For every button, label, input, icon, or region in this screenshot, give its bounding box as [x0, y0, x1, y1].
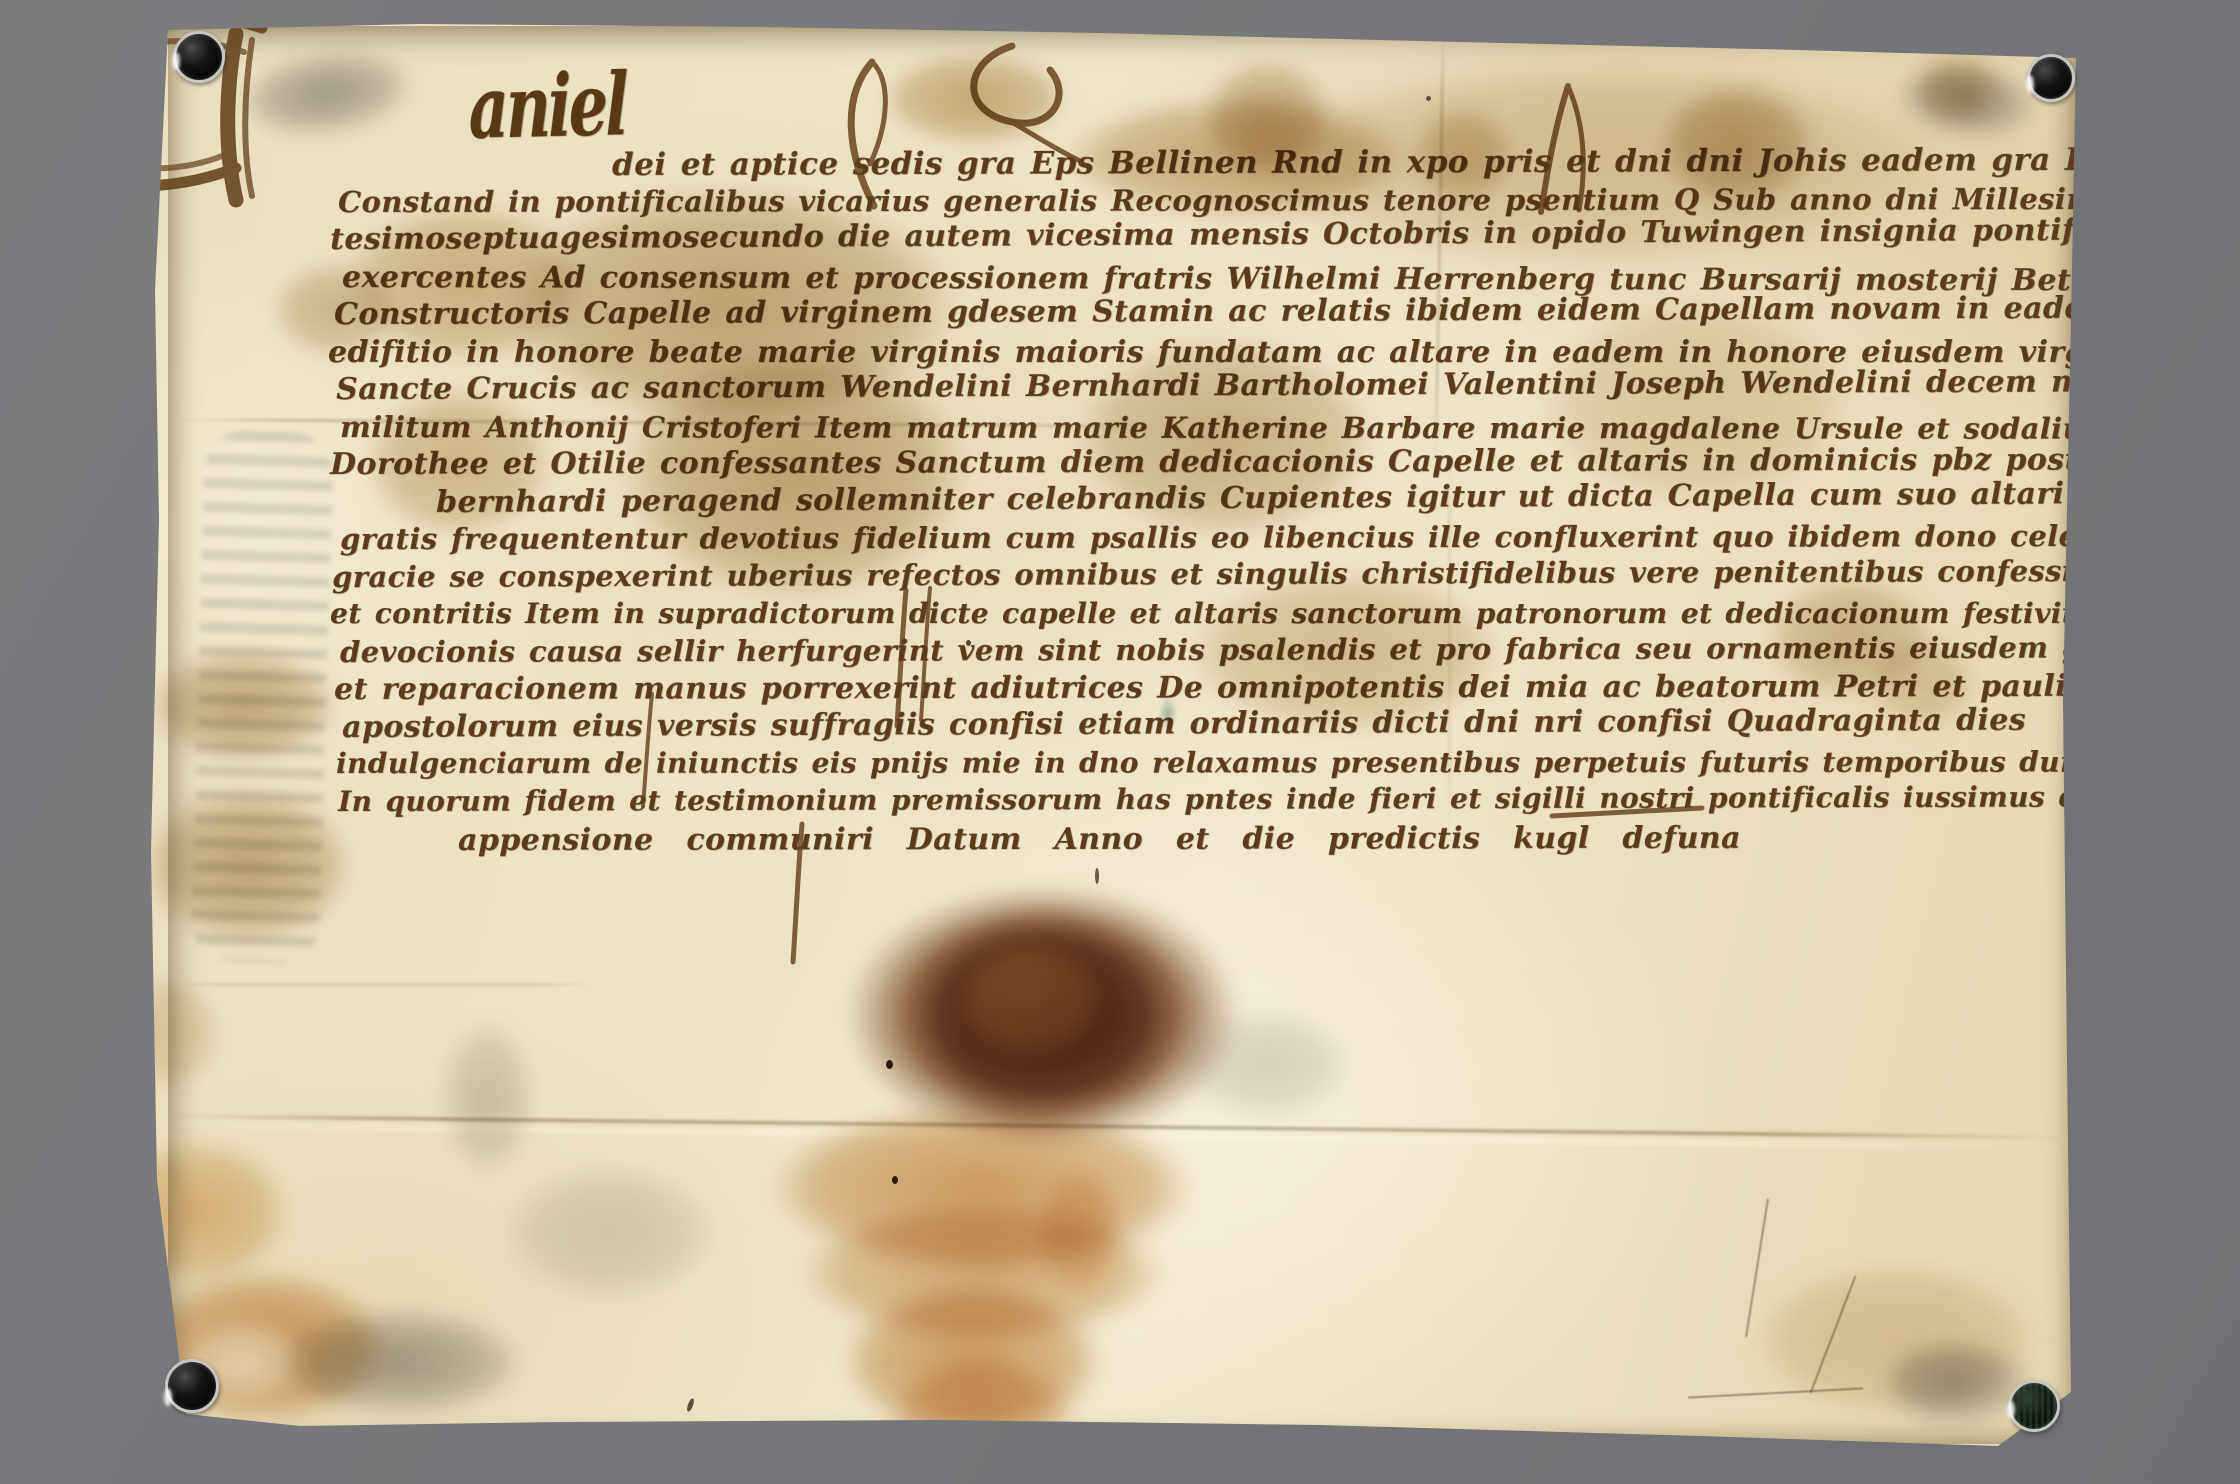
manuscript-line: et contritis Item in supradictorum dicte…: [330, 597, 2175, 630]
verso-ink-mark: [1155, 690, 1181, 736]
push-pin: [2008, 1380, 2060, 1432]
manuscript-line: dei et aptice sedis gra Eps Bellinen Rnd…: [612, 142, 2123, 183]
manuscript-line: appensione communiri Datum Anno et die p…: [458, 821, 1741, 858]
pin-glint: [2007, 1401, 2015, 1419]
manuscript-line: gracie se conspexerint uberius refectos …: [332, 554, 2090, 594]
scan-board: D aniel: [0, 0, 2240, 1484]
manuscript-line: militum Anthonij Cristoferi Item matrum …: [340, 410, 2197, 446]
fold-crease: [175, 983, 595, 986]
ink-speck: [892, 1176, 898, 1184]
pin-glint: [2026, 75, 2034, 93]
push-pin: [173, 31, 225, 83]
manuscript-line: et reparacionem manus porrexerint adiutr…: [334, 669, 2067, 707]
ink-speck: [966, 640, 971, 646]
push-pin: [165, 1359, 219, 1413]
manuscript-line: gratis frequententur devotius fidelium c…: [340, 519, 2119, 556]
manuscript-line: In quorum fidem et testimonium premissor…: [338, 780, 2216, 818]
pin-glint: [172, 52, 180, 70]
manuscript-line: indulgenciarum de iniunctis eis pnijs mi…: [336, 745, 2170, 780]
pin-glint: [164, 1388, 172, 1406]
manuscript-line: devocionis causa sellir herfurgerint vem…: [340, 630, 2191, 669]
push-pin: [2027, 54, 2075, 102]
ink-speck: [886, 1060, 893, 1069]
bleed-through-text: [191, 430, 334, 963]
manuscript-line: Dorothee et Otilie confessantes Sanctum …: [330, 442, 2079, 482]
ink-speck: [1095, 868, 1099, 884]
parchment-sheet: D aniel: [0, 0, 2240, 1484]
manuscript-line: Constructoris Capelle ad virginem gdesem…: [334, 291, 2116, 332]
ink-speck: [1426, 96, 1431, 101]
manuscript-line: apostolorum eius versis suffragiis confi…: [342, 703, 2026, 745]
initial-word-rest: aniel: [468, 54, 626, 159]
